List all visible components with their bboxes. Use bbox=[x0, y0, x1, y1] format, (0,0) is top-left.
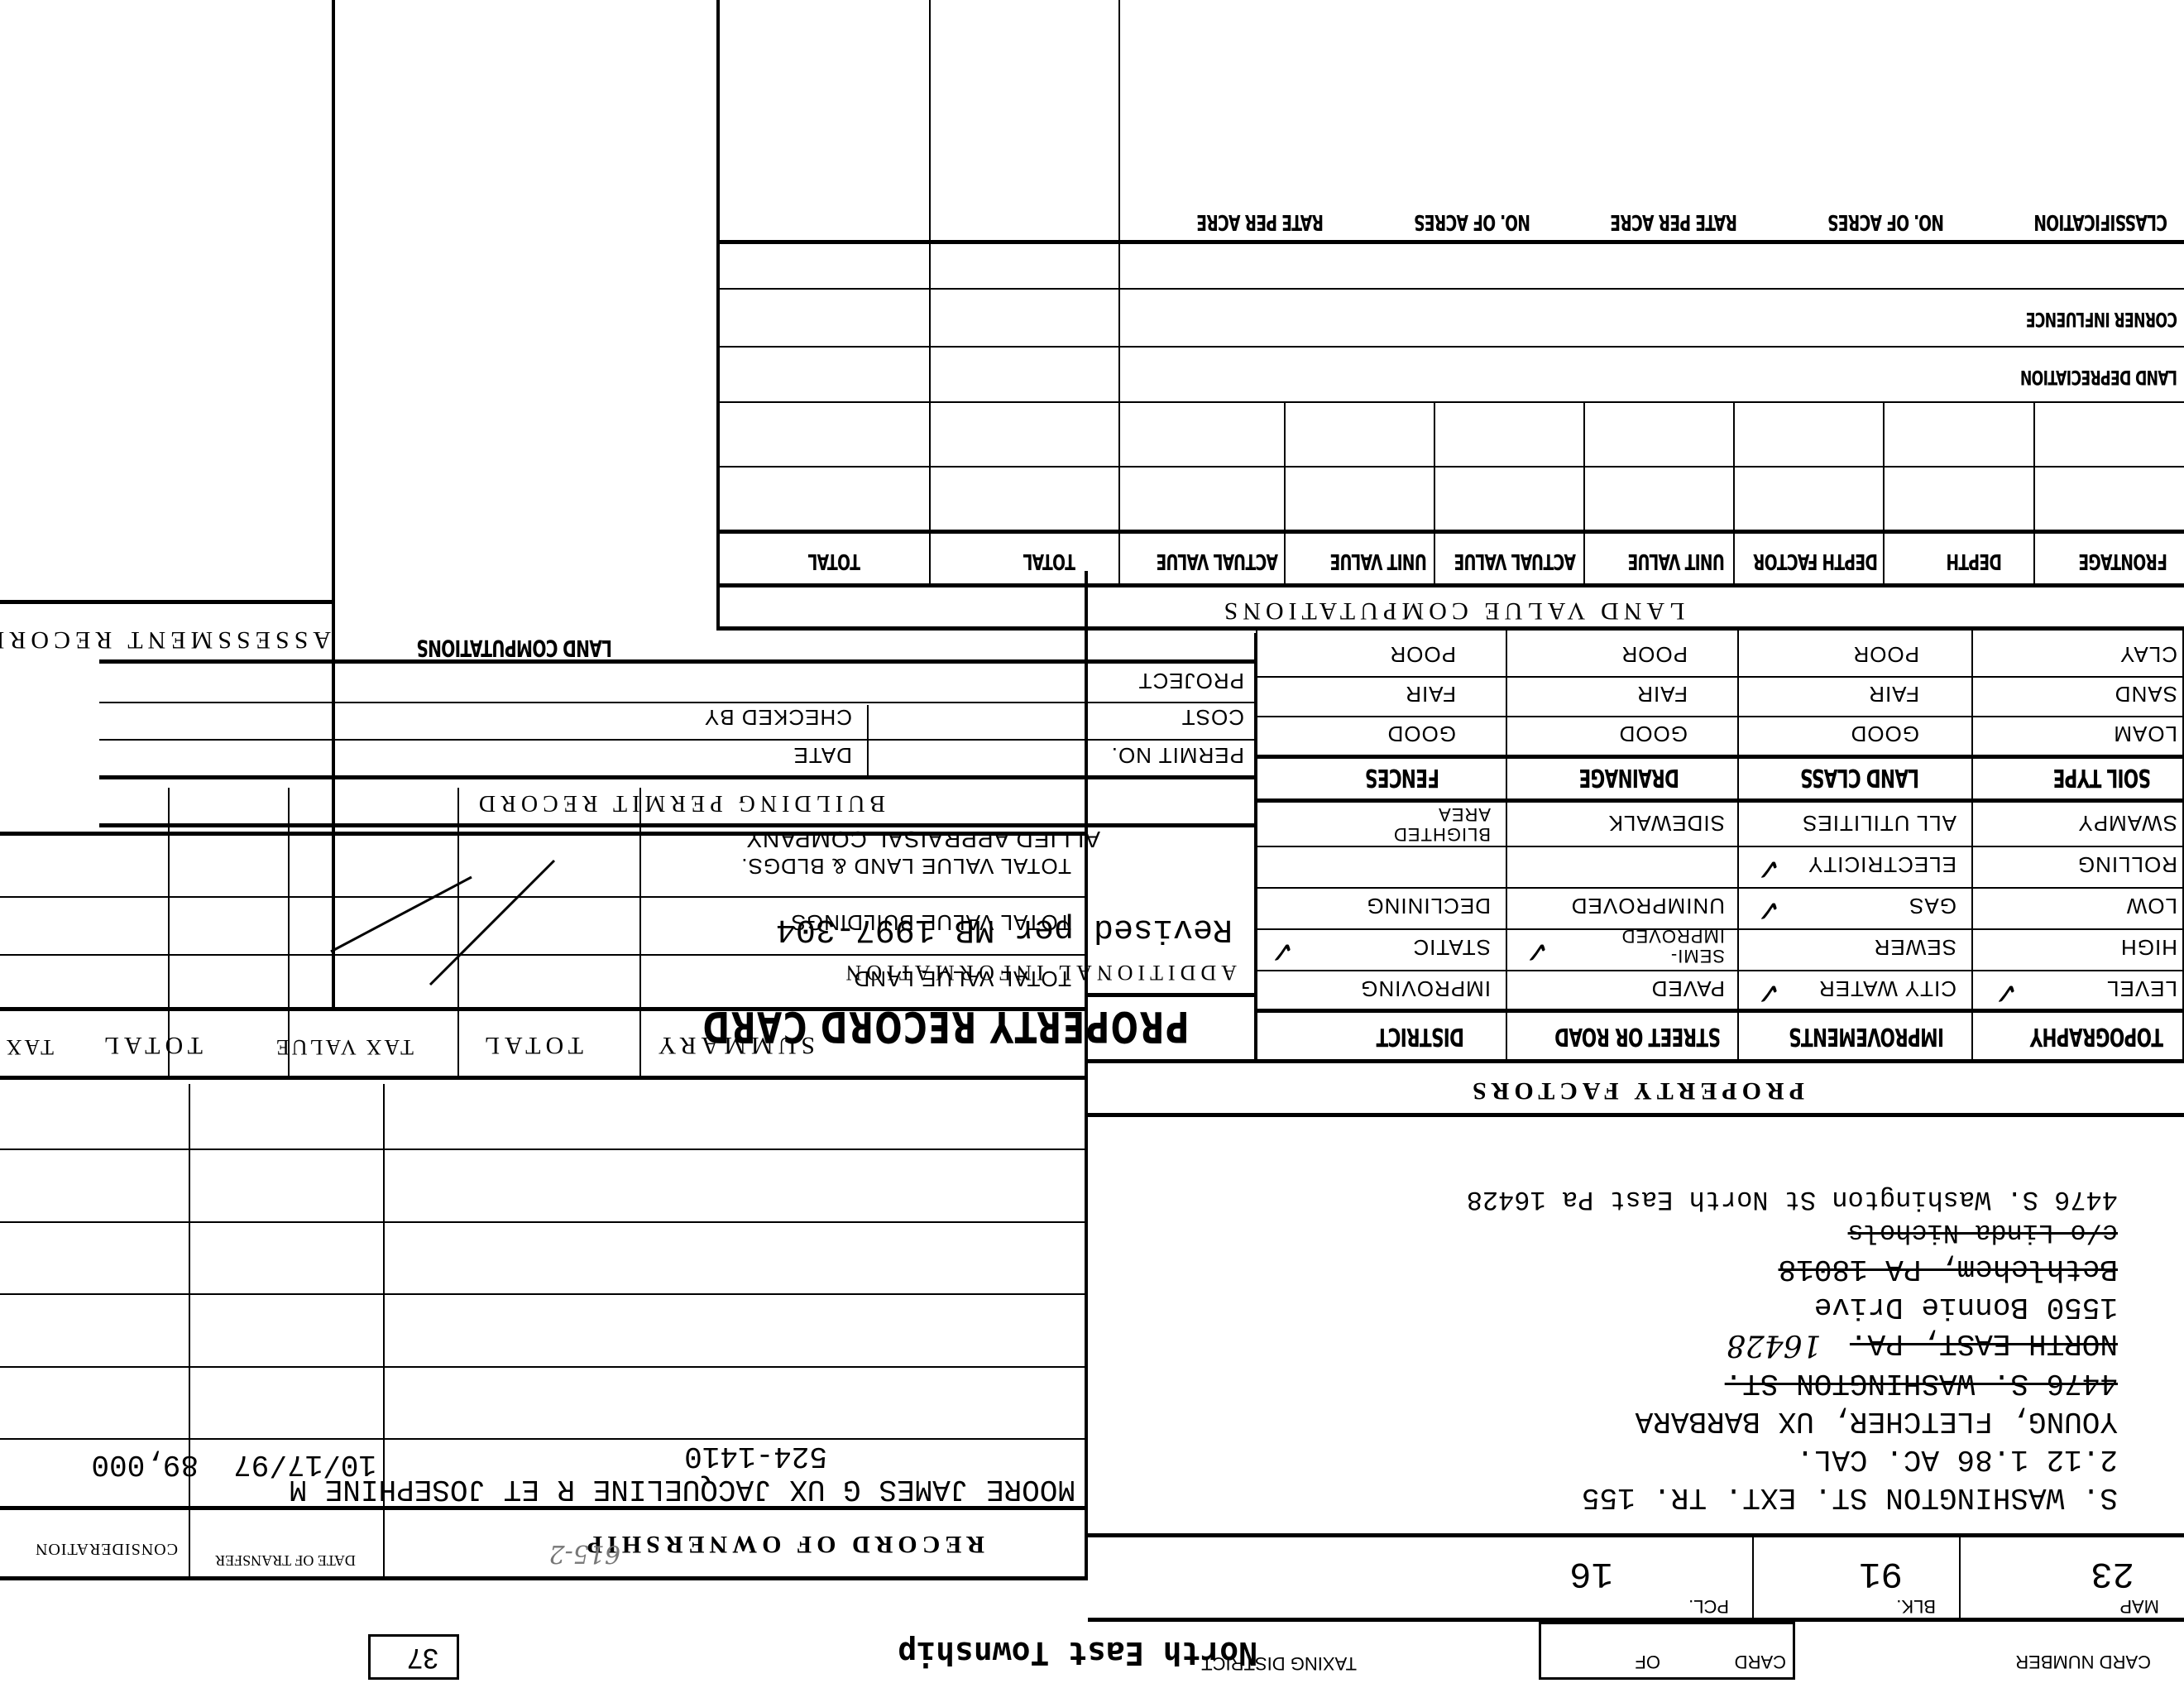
owner-line: S. WASHINGTON ST. EXT. TR. 155 bbox=[1125, 1476, 2118, 1514]
consideration: 89,000 bbox=[91, 1447, 199, 1481]
additional-info-text: Revised per MB 1997-304 bbox=[776, 910, 1233, 947]
ownership-header: RECORD OF OWNERSHIP 615-2 DATE OF TRANSF… bbox=[0, 1510, 1084, 1576]
parcel-number: 16 bbox=[1569, 1552, 1613, 1594]
check-city-water[interactable]: ✓ bbox=[1756, 976, 1781, 1009]
ownership-handwritten-note: 615-2 bbox=[549, 1539, 620, 1568]
card-label: CARD bbox=[1735, 1651, 1786, 1672]
land-computations-label: LAND COMPUTATIONS bbox=[417, 635, 612, 662]
of-label: OF bbox=[1635, 1651, 1660, 1672]
property-factors-table: TOPOGRAPHY IMPROVEMENTS STREET OR ROAD D… bbox=[1257, 631, 2184, 1061]
property-record-card: CARD NUMBER CARD OF TAXING DISTRICT Nort… bbox=[0, 0, 2184, 1688]
card-of-box: CARD OF bbox=[1539, 1622, 1795, 1680]
owner-line-struck: Bethlehem, PA 18018 bbox=[1125, 1248, 2118, 1286]
owner-line: YOUNG, FLETCHER, UX BARBARA bbox=[1125, 1400, 2118, 1438]
owner-line: 4476 S. Washington St North East Pa 1642… bbox=[1125, 1177, 2118, 1215]
handwritten-zip: 16428 bbox=[1727, 1328, 1822, 1362]
owner-line-struck: NORTH EAST, PA. bbox=[1850, 1326, 2118, 1360]
owner-block: S. WASHINGTON ST. EXT. TR. 155 2.12 1.86… bbox=[1125, 1177, 2118, 1514]
assessment-record-title: ASSESSMENT RECORD bbox=[0, 626, 331, 654]
check-static[interactable]: ✓ bbox=[1270, 934, 1295, 968]
land-depreciation-label: LAND DEPRECIATION bbox=[2021, 366, 2177, 389]
check-electricity[interactable]: ✓ bbox=[1756, 851, 1781, 885]
corner-influence-label: CORNER INFLUENCE bbox=[2026, 308, 2177, 331]
check-level[interactable]: ✓ bbox=[1994, 976, 2019, 1009]
check-semi-improved[interactable]: ✓ bbox=[1525, 934, 1549, 968]
card-number-label: CARD NUMBER bbox=[2052, 1652, 2151, 1671]
owner-line: 2.12 1.86 AC. CAL. bbox=[1125, 1438, 2118, 1476]
land-value-computations-title: LAND VALUE COMPUTATIONS bbox=[720, 597, 2184, 625]
owner-line-struck: c/o Linda Nichols bbox=[1125, 1215, 2118, 1248]
parcel-row: MAP 23 BLK. 91 PCL. 16 bbox=[1088, 1537, 2184, 1620]
owner-name: MOORE JAMES G UX JACQUELINE R ET JOSEPHI… bbox=[289, 1472, 1075, 1506]
appraisal-company: ALLIED APPRAISAL COMPANY bbox=[745, 826, 1100, 852]
assessment-record bbox=[0, 0, 335, 604]
building-permit-record: BUILDING PERMIT RECORD PERMIT NO. DATE C… bbox=[99, 629, 1257, 827]
owner-phone: 524-1410 bbox=[684, 1439, 827, 1473]
taxing-district-value: North East Township bbox=[898, 1635, 1257, 1671]
property-factors-title: PROPERTY FACTORS bbox=[1088, 1077, 2184, 1105]
lvc-header: FRONTAGE DEPTH DEPTH FACTOR UNIT VALUE A… bbox=[720, 535, 2184, 585]
summary-row-land-bldgs: TOTAL VALUE LAND & BLDGS. bbox=[740, 853, 1071, 879]
map-number: 23 bbox=[2091, 1552, 2134, 1594]
card-title: PROPERTY RECORD CARD bbox=[879, 1001, 1190, 1051]
owner-line: 1550 Bonnie Drive bbox=[1125, 1286, 2118, 1324]
additional-info-label: ADDITIONAL INFORMATION bbox=[841, 960, 1237, 985]
check-gas[interactable]: ✓ bbox=[1756, 893, 1781, 927]
block-number: 91 bbox=[1859, 1552, 1903, 1594]
classification-table: CLASSIFICATION NO. OF ACRES RATE PER ACR… bbox=[1120, 0, 2184, 244]
taxing-district-label: TAXING DISTRICT bbox=[1257, 1653, 1357, 1673]
box-number: 37 bbox=[368, 1634, 459, 1680]
summary-scribble bbox=[323, 836, 571, 1001]
transfer-date: 10/17/97 bbox=[233, 1447, 376, 1481]
owner-line-struck: 4476 S. WASHINGTON ST. bbox=[1125, 1362, 2118, 1400]
